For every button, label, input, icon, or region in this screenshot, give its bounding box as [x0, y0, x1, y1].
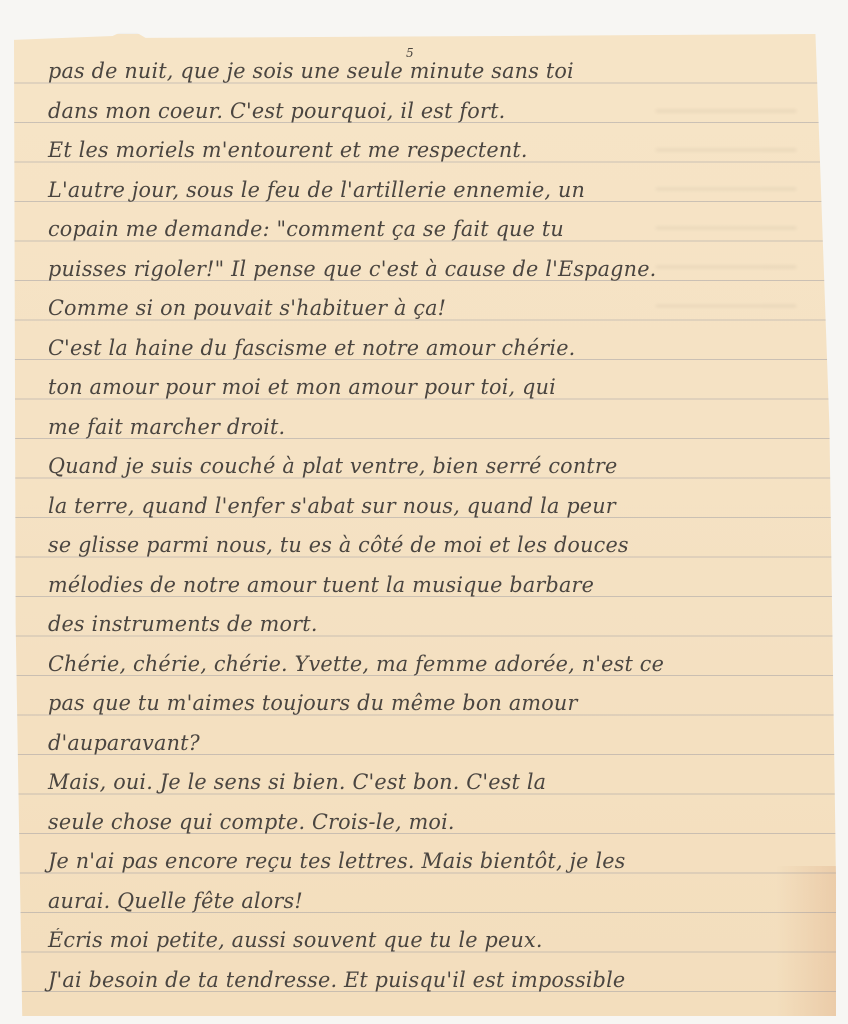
text-line: Comme si on pouvait s'habituer à ça!: [48, 289, 818, 329]
text-line: aurai. Quelle fête alors!: [48, 882, 818, 922]
text-line: me fait marcher droit.: [48, 408, 818, 448]
text-line: ton amour pour moi et mon amour pour toi…: [48, 368, 818, 408]
handwritten-text: 5 pas de nuit, que je sois une seule min…: [48, 52, 828, 1000]
text-line: la terre, quand l'enfer s'abat sur nous,…: [48, 487, 818, 527]
text-line: pas que tu m'aimes toujours du même bon …: [48, 684, 818, 724]
text-line: puisses rigoler!" Il pense que c'est à c…: [48, 250, 818, 290]
text-line: Quand je suis couché à plat ventre, bien…: [48, 447, 818, 487]
text-line: Écris moi petite, aussi souvent que tu l…: [48, 921, 818, 961]
text-line: Je n'ai pas encore reçu tes lettres. Mai…: [48, 842, 818, 882]
text-line: Et les moriels m'entourent et me respect…: [48, 131, 818, 171]
text-line: des instruments de mort.: [48, 605, 818, 645]
text-line: se glisse parmi nous, tu es à côté de mo…: [48, 526, 818, 566]
text-line: Mais, oui. Je le sens si bien. C'est bon…: [48, 763, 818, 803]
text-line: d'auparavant?: [48, 724, 818, 764]
text-line: copain me demande: "comment ça se fait q…: [48, 210, 818, 250]
text-line: L'autre jour, sous le feu de l'artilleri…: [48, 171, 818, 211]
text-line: Chérie, chérie, chérie. Yvette, ma femme…: [48, 645, 818, 685]
text-line: dans mon coeur. C'est pourquoi, il est f…: [48, 92, 818, 132]
text-line: seule chose qui compte. Crois-le, moi.: [48, 803, 818, 843]
text-line: J'ai besoin de ta tendresse. Et puisqu'i…: [48, 961, 818, 1001]
letter-page: 5 pas de nuit, que je sois une seule min…: [14, 34, 836, 1016]
text-line: pas de nuit, que je sois une seule minut…: [48, 52, 818, 92]
text-line: mélodies de notre amour tuent la musique…: [48, 566, 818, 606]
text-line: C'est la haine du fascisme et notre amou…: [48, 329, 818, 369]
